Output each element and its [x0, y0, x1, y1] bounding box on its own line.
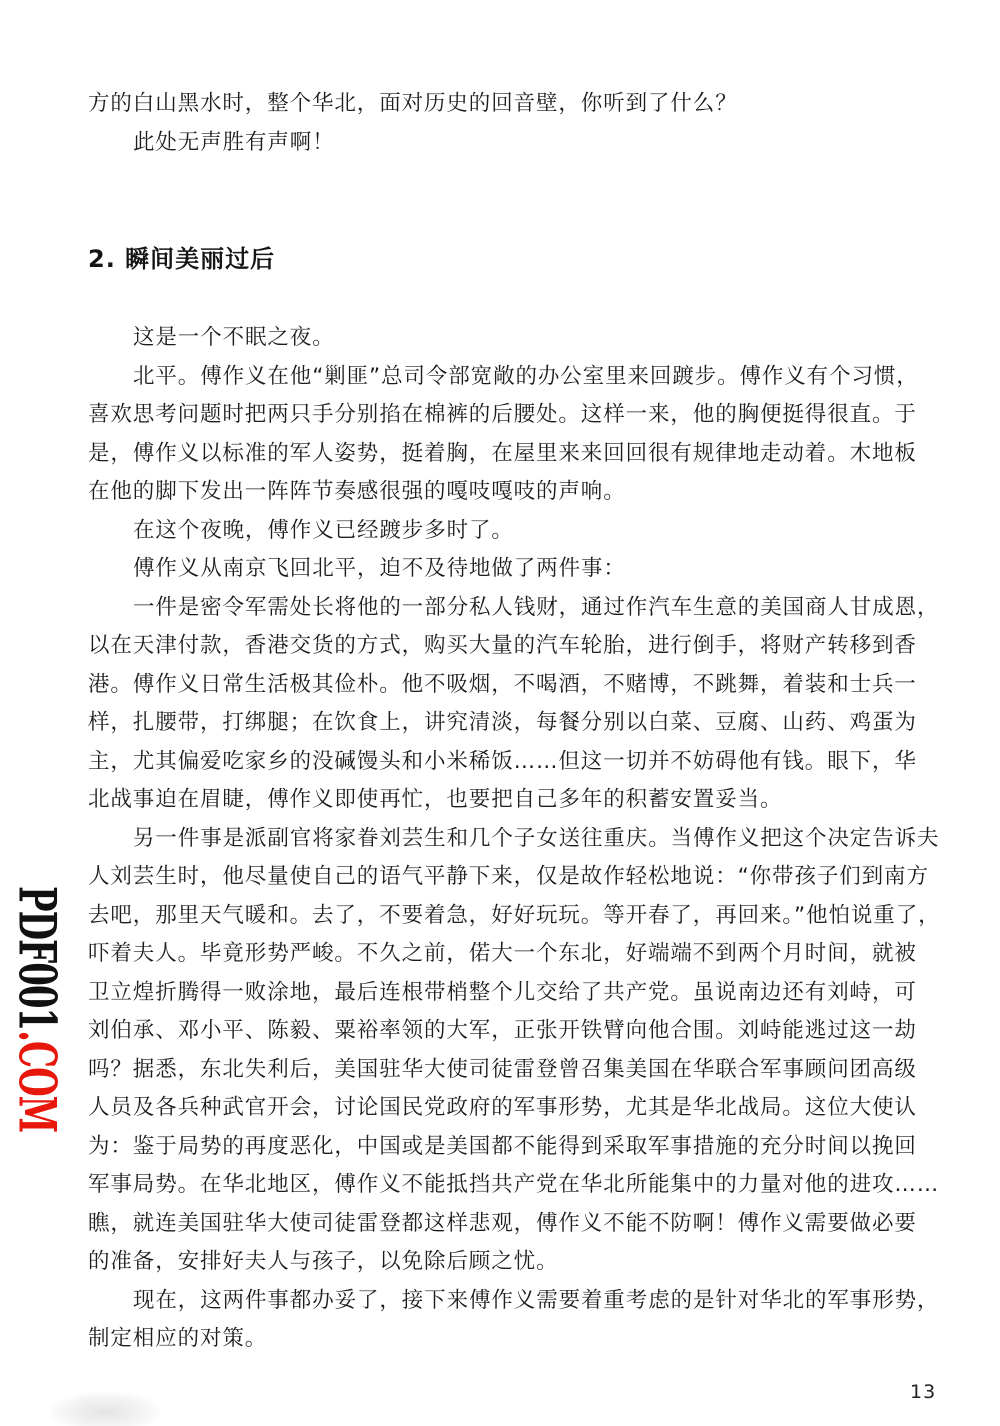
text-line: 吓着夫人。毕竟形势严峻。不久之前，偌大一个东北，好端端不到两个月时间，就被	[88, 935, 954, 974]
text-line: 这是一个不眠之夜。	[88, 319, 954, 358]
text-line: 人刘芸生时，他尽量使自己的语气平静下来，仅是故作轻松地说：“你带孩子们到南方	[88, 858, 954, 897]
text-line: 军事局势。在华北地区，傅作义不能抵挡共产党在华北所能集中的力量对他的进攻……	[88, 1166, 954, 1205]
page-number: 13	[910, 1381, 936, 1403]
text-line: 北战事迫在眉睫，傅作义即使再忙，也要把自己多年的积蓄安置妥当。	[88, 781, 954, 820]
text-line: 方的白山黑水时，整个华北，面对历史的回音壁，你听到了什么？	[88, 85, 954, 124]
heading-gap	[88, 281, 954, 319]
text-line: 为：鉴于局势的再度恶化，中国或是美国都不能得到采取军事措施的充分时间以挽回	[88, 1128, 954, 1167]
text-line: 另一件事是派副官将家眷刘芸生和几个子女送往重庆。当傅作义把这个决定告诉夫	[88, 820, 954, 859]
text-line: 样，扎腰带，打绑腿；在饮食上，讲究清淡，每餐分别以白菜、豆腐、山药、鸡蛋为	[88, 704, 954, 743]
text-line: 刘伯承、邓小平、陈毅、粟裕率领的大军，正张开铁臂向他合围。刘峙能逃过这一劫	[88, 1012, 954, 1051]
text-line: 吗？据悉，东北失利后，美国驻华大使司徒雷登曾召集美国在华联合军事顾问团高级	[88, 1051, 954, 1090]
text-line: 的准备，安排好夫人与孩子，以免除后顾之忧。	[88, 1243, 954, 1282]
text-line: 一件是密令军需处长将他的一部分私人钱财，通过作汽车生意的美国商人甘成恩，	[88, 589, 954, 628]
text-line: 卫立煌折腾得一败涂地，最后连根带梢整个儿交给了共产党。虽说南边还有刘峙，可	[88, 974, 954, 1013]
text-line: 港。傅作义日常生活极其俭朴。他不吸烟，不喝酒，不赌博，不跳舞，着装和士兵一	[88, 666, 954, 705]
watermark: PDF001.COM	[6, 886, 66, 1132]
text-line: 主，尤其偏爱吃家乡的没碱馒头和小米稀饭……但这一切并不妨碍他有钱。眼下，华	[88, 743, 954, 782]
book-page: PDF001.COM 方的白山黑水时，整个华北，面对历史的回音壁，你听到了什么？…	[0, 0, 1000, 1426]
section-gap	[88, 162, 954, 237]
text-line: 现在，这两件事都办妥了，接下来傅作义需要着重考虑的是针对华北的军事形势，	[88, 1282, 954, 1321]
section-heading: 2. 瞬间美丽过后	[88, 237, 954, 281]
text-line: 制定相应的对策。	[88, 1320, 954, 1359]
text-line: 去吧，那里天气暖和。去了，不要着急，好好玩玩。等开春了，再回来。”他怕说重了，	[88, 897, 954, 936]
text-line: 在这个夜晚，傅作义已经踱步多时了。	[88, 512, 954, 551]
text-line: 傅作义从南京飞回北平，迫不及待地做了两件事：	[88, 550, 954, 589]
text-line: 人员及各兵种武官开会，讨论国民党政府的军事形势，尤其是华北战局。这位大使认	[88, 1089, 954, 1128]
text-line: 喜欢思考问题时把两只手分别掐在棉裤的后腰处。这样一来，他的胸便挺得很直。于	[88, 396, 954, 435]
text-line: 在他的脚下发出一阵阵节奏感很强的嘎吱嘎吱的声响。	[88, 473, 954, 512]
text-line: 北平。傅作义在他“剿匪”总司令部宽敞的办公室里来回踱步。傅作义有个习惯，	[88, 358, 954, 397]
text-block: 方的白山黑水时，整个华北，面对历史的回音壁，你听到了什么？ 此处无声胜有声啊！ …	[88, 85, 954, 1359]
text-line: 此处无声胜有声啊！	[88, 124, 954, 163]
scan-smudge	[50, 1392, 160, 1426]
watermark-site-name: PDF001	[6, 886, 66, 1030]
text-line: 是，傅作义以标准的军人姿势，挺着胸，在屋里来来回回很有规律地走动着。木地板	[88, 435, 954, 474]
watermark-domain-suffix: .COM	[6, 1030, 66, 1132]
text-line: 以在天津付款，香港交货的方式，购买大量的汽车轮胎，进行倒手，将财产转移到香	[88, 627, 954, 666]
text-line: 瞧，就连美国驻华大使司徒雷登都这样悲观，傅作义不能不防啊！傅作义需要做必要	[88, 1205, 954, 1244]
